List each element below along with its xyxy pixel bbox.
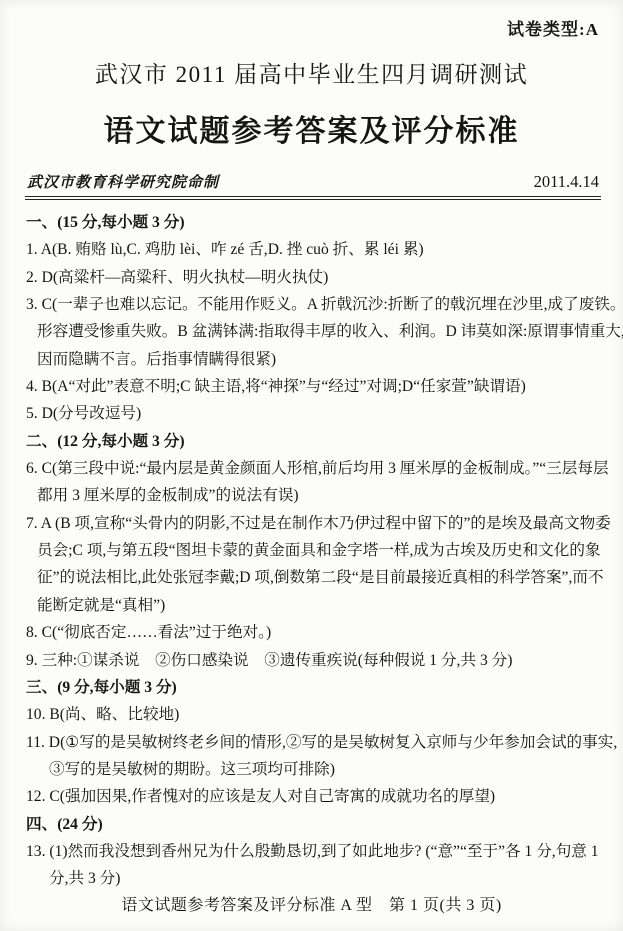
answer-line: 13. (1)然而我没想到香州兄为什么殷勤恳切,到了如此地步? (“意”“至于”… xyxy=(26,838,609,865)
section-heading: 四、(24 分) xyxy=(26,811,609,838)
answer-line: 因而隐瞒不言。后指事情瞒得很紧) xyxy=(26,346,609,373)
answer-line: 1. A(B. 贿赂 lù,C. 鸡肋 lèi、咋 zé 舌,D. 挫 cuò … xyxy=(26,236,609,263)
section-heading: 二、(12 分,每小题 3 分) xyxy=(26,428,609,455)
section-heading: 一、(15 分,每小题 3 分) xyxy=(26,209,609,236)
answer-line: 10. B(尚、略、比较地) xyxy=(26,701,609,728)
answer-line: 能断定就是“真相”) xyxy=(26,592,609,619)
answer-line: 4. B(A“对此”表意不明;C 缺主语,将“神探”与“经过”对调;D“任家萱”… xyxy=(26,373,609,400)
answer-line: 分,共 3 分) xyxy=(26,865,609,892)
answer-line: 3. C(一辈子也难以忘记。不能用作贬义。A 折戟沉沙:折断了的戟沉埋在沙里,成… xyxy=(26,291,609,318)
answer-line: 8. C(“彻底否定……看法”过于绝对。) xyxy=(26,619,609,646)
page-title: 语文试题参考答案及评分标准 xyxy=(0,106,623,150)
answer-line: 11. D(①写的是吴敏树终老乡间的情形,②写的是吴敏树复入京师与少年参加会试的… xyxy=(26,729,609,756)
answer-line: 5. D(分号改逗号) xyxy=(26,400,609,427)
answer-line: 6. C(第三段中说:“最内层是黄金颜面人形棺,前后均用 3 厘米厚的金板制成。… xyxy=(26,455,609,482)
exam-title: 武汉市 2011 届高中毕业生四月调研测试 xyxy=(0,0,623,89)
answer-line: 2. D(高粱杆—高粱秆、明火执杖—明火执仗) xyxy=(26,264,609,291)
issuer-row: 武汉市教育科学研究院命制 2011.4.14 xyxy=(27,171,599,192)
answer-line: 员会;C 项,与第五段“图坦卡蒙的黄金面具和金字塔一样,成为古埃及历史和文化的象 xyxy=(26,537,609,564)
answer-line: 7. A (B 项,宣称“头骨内的阴影,不过是在制作木乃伊过程中留下的”的是埃及… xyxy=(26,510,609,537)
answer-line: 形容遭受惨重失败。B 盆满钵满:指取得丰厚的收入、利润。D 讳莫如深:原谓事情重… xyxy=(26,318,609,345)
exam-answer-page: 试卷类型:A 武汉市 2011 届高中毕业生四月调研测试 语文试题参考答案及评分… xyxy=(0,0,623,931)
answer-line: 9. 三种:①谋杀说 ②伤口感染说 ③遗传重疾说(每种假说 1 分,共 3 分) xyxy=(26,647,609,674)
answer-line: ③写的是吴敏树的期盼。这三项均可排除) xyxy=(26,756,609,783)
section-heading: 三、(9 分,每小题 3 分) xyxy=(26,674,609,701)
page-footer: 语文试题参考答案及评分标准 A 型 第 1 页(共 3 页) xyxy=(0,892,623,915)
answer-line: 征”的说法相比,此处张冠李戴;D 项,倒数第二段“是目前最接近真相的科学答案”,… xyxy=(26,564,609,591)
header-divider xyxy=(25,195,601,200)
issuer-label: 武汉市教育科学研究院命制 xyxy=(27,171,219,192)
answers-body: 一、(15 分,每小题 3 分)1. A(B. 贿赂 lù,C. 鸡肋 lèi、… xyxy=(0,209,623,893)
answer-line: 都用 3 厘米厚的金板制成”的说法有误) xyxy=(26,482,609,509)
date-label: 2011.4.14 xyxy=(534,172,599,192)
exam-paper-type-label: 试卷类型:A xyxy=(507,15,599,40)
answer-line: 12. C(强加因果,作者愧对的应该是友人对自己寄寓的成就功名的厚望) xyxy=(26,783,609,810)
